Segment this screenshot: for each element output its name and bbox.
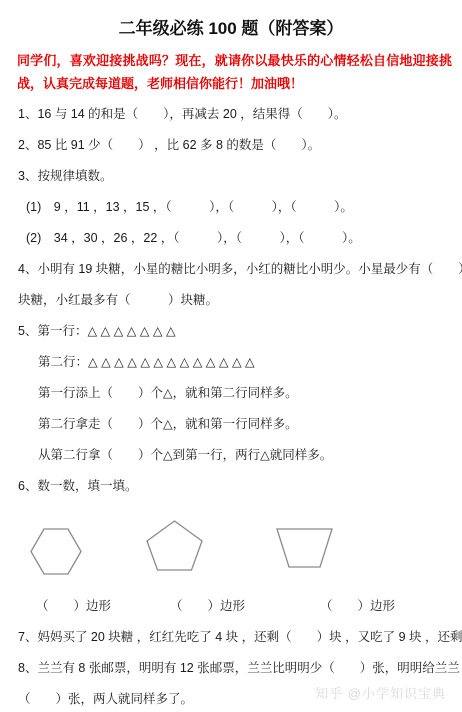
question-5-row-2: 第二行：△ △ △ △ △ △ △ △ △ △ △ △ △ <box>38 355 462 369</box>
trapezoid-shape <box>276 528 333 568</box>
question-6-shapes-row <box>0 510 462 588</box>
shape-label-pentagon: （ ）边形 <box>170 596 245 614</box>
question-5-line-3: 从第二行拿（ ）个△到第一行，两行△就同样多。 <box>38 448 462 462</box>
question-4-line-2: 块糖，小红最多有（ ）块糖。 <box>18 293 462 307</box>
pentagon-shape <box>146 520 203 571</box>
intro-text: 同学们，喜欢迎接挑战吗？现在，就请你以最快乐的心情轻松自信地迎接挑战，认真完成每… <box>17 49 452 95</box>
question-3-item-1: (1) 9 ，11 ，13 ，15 ，（ ），（ ），（ ）。 <box>26 200 462 214</box>
question-3-item-2: (2) 34 ，30 ，26 ，22 ，（ ），（ ），（ ）。 <box>26 231 462 245</box>
question-8-line-1: 8、兰兰有 8 张邮票，明明有 12 张邮票，兰兰比明明少（ ）张，明明给兰兰 <box>18 661 462 675</box>
question-2: 2、85 比 91 少（ ） ，比 62 多 8 的数是（ ）。 <box>18 138 462 152</box>
worksheet-page: 二年级必练 100 题（附答案） 同学们，喜欢迎接挑战吗？现在，就请你以最快乐的… <box>0 0 462 712</box>
question-5-line-2: 第二行拿走（ ）个△，就和第一行同样多。 <box>38 417 462 431</box>
shape-label-trapezoid: （ ）边形 <box>320 596 395 614</box>
question-6-stem: 6、数一数，填一填。 <box>18 479 462 493</box>
shape-label-hexagon: （ ）边形 <box>36 596 111 614</box>
question-5-row-1: 5、第一行：△ △ △ △ △ △ △ <box>18 324 462 338</box>
hexagon-shape <box>30 528 82 575</box>
question-7: 7、妈妈买了 20 块糖 ，红红先吃了 4 块 ，还剩（ ）块 ，又吃了 9 块… <box>18 630 462 644</box>
question-6-shape-labels: （ ）边形 （ ）边形 （ ）边形 <box>0 596 462 614</box>
question-3-stem: 3、按规律填数。 <box>18 169 462 183</box>
zhihu-watermark: 知乎 @小学知识宝典 <box>315 683 446 702</box>
question-1: 1、16 与 14 的和是（ ），再减去 20 ，结果得（ ）。 <box>18 107 462 121</box>
page-title: 二年级必练 100 题（附答案） <box>10 14 452 39</box>
question-4-line-1: 4、小明有 19 块糖，小星的糖比小明多，小红的糖比小明少。小星最少有（ ） <box>18 262 462 276</box>
question-5-line-1: 第一行添上（ ）个△，就和第二行同样多。 <box>38 386 462 400</box>
